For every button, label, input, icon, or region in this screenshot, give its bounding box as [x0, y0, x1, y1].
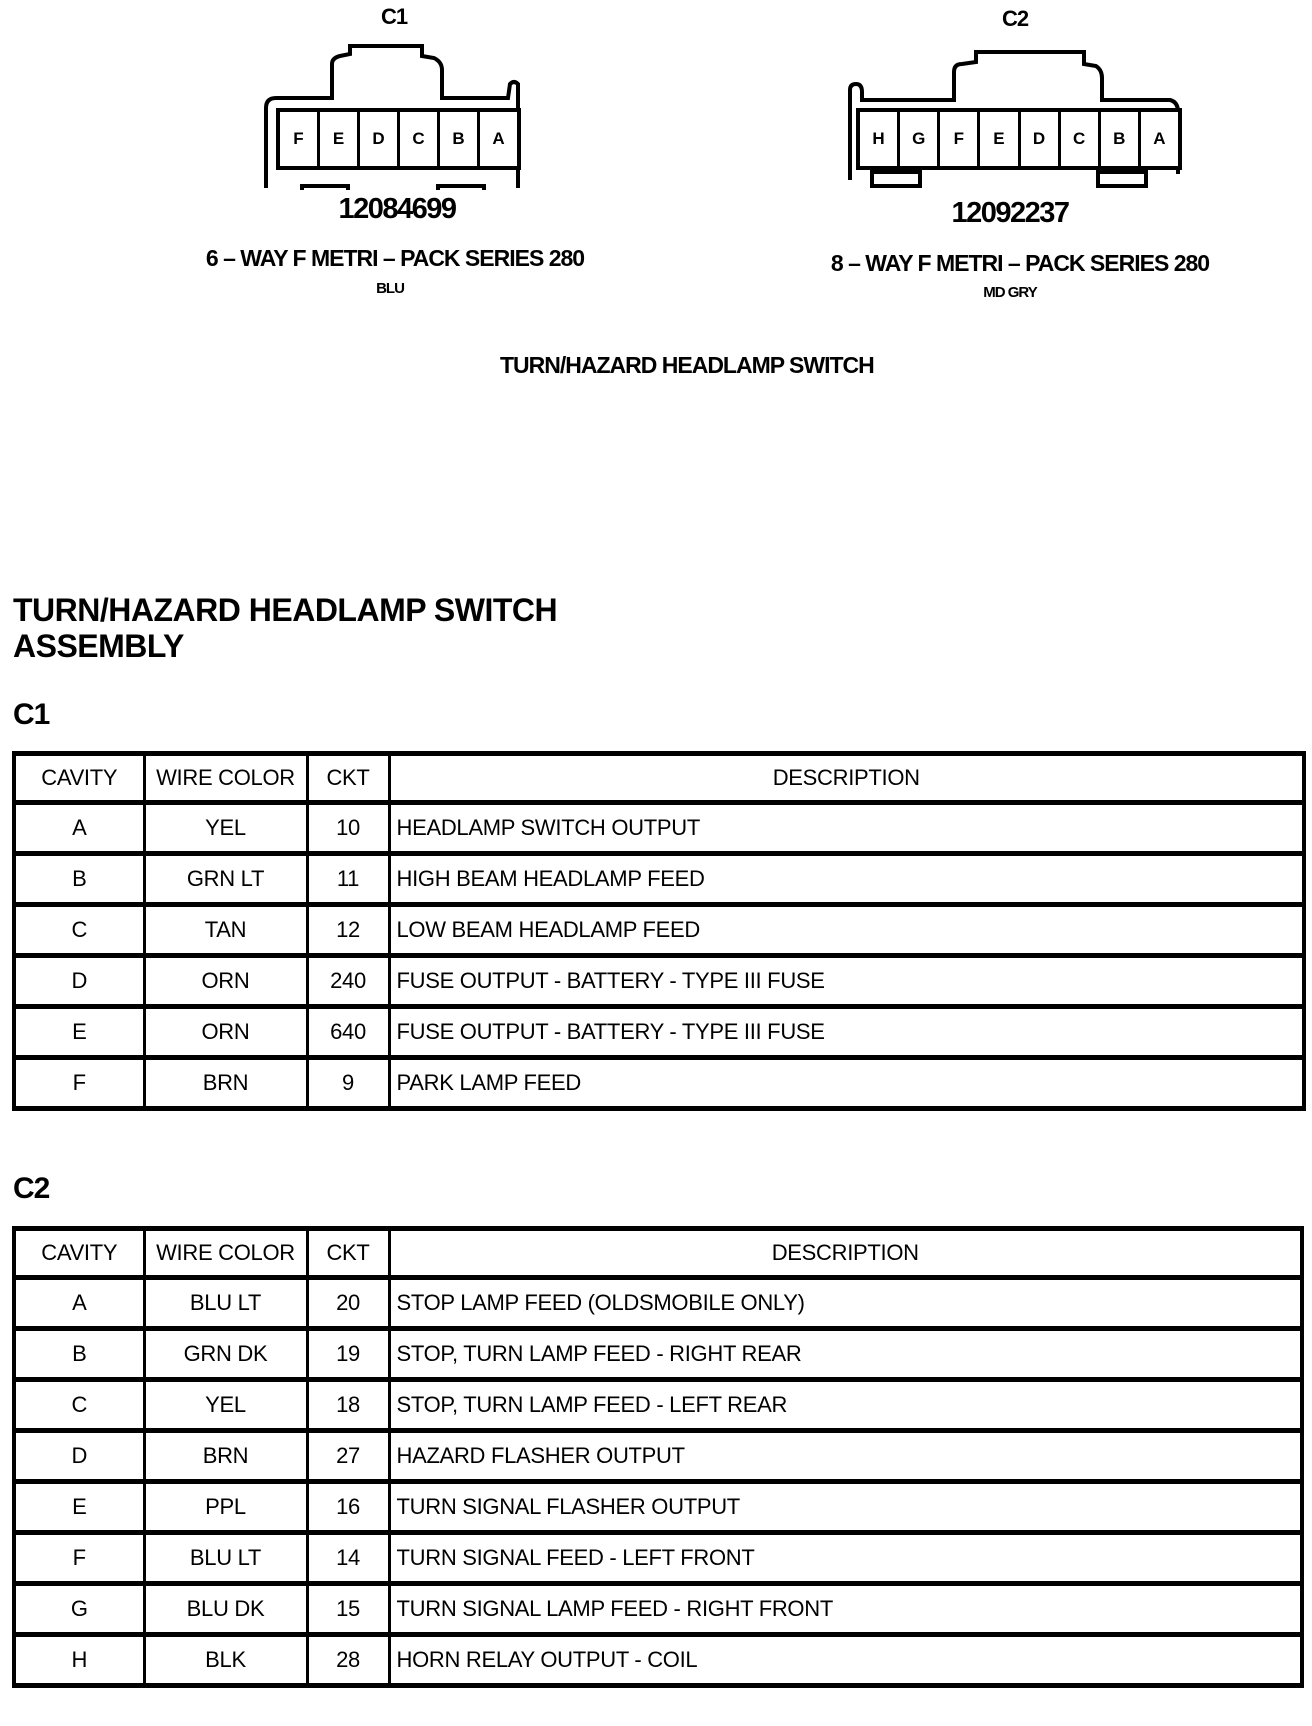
table-c1-label: C1: [13, 698, 49, 732]
connector-pin: C: [1061, 112, 1101, 166]
cell-ckt: 240: [307, 956, 389, 1007]
cell-wire-color: PPL: [144, 1482, 307, 1533]
diagram-caption: TURN/HAZARD HEADLAMP SWITCH: [500, 352, 874, 379]
section-title: TURN/HAZARD HEADLAMP SWITCH ASSEMBLY: [13, 592, 557, 664]
connector-pin: F: [940, 112, 980, 166]
cell-description: TURN SIGNAL FEED - LEFT FRONT: [389, 1533, 1302, 1584]
connector-pin: C: [400, 112, 440, 166]
connector-c2-part-number: 12092237: [870, 197, 1150, 230]
cell-wire-color: BLU LT: [144, 1278, 307, 1329]
cell-cavity: G: [14, 1584, 144, 1635]
cell-cavity: E: [14, 1482, 144, 1533]
connector-pin: A: [1141, 112, 1178, 166]
connector-pin: B: [440, 112, 480, 166]
header-cavity: CAVITY: [14, 1229, 144, 1278]
cell-description: STOP, TURN LAMP FEED - RIGHT REAR: [389, 1329, 1302, 1380]
connector-c2-pins: HGFEDCBA: [856, 108, 1182, 170]
cell-ckt: 15: [307, 1584, 389, 1635]
cell-ckt: 14: [307, 1533, 389, 1584]
connector-c2-description: 8 – WAY F METRI – PACK SERIES 280: [770, 250, 1270, 277]
table-row: DORN240FUSE OUTPUT - BATTERY - TYPE III …: [14, 956, 1304, 1007]
section-title-line1: TURN/HAZARD HEADLAMP SWITCH: [13, 592, 557, 628]
cell-cavity: A: [14, 1278, 144, 1329]
cell-description: LOW BEAM HEADLAMP FEED: [389, 905, 1304, 956]
connector-c1-description: 6 – WAY F METRI – PACK SERIES 280: [150, 245, 640, 272]
cell-wire-color: YEL: [144, 803, 307, 854]
cell-description: FUSE OUTPUT - BATTERY - TYPE III FUSE: [389, 1007, 1304, 1058]
table-c2-label: C2: [13, 1172, 49, 1206]
cell-description: STOP, TURN LAMP FEED - LEFT REAR: [389, 1380, 1302, 1431]
cell-wire-color: ORN: [144, 1007, 307, 1058]
cell-ckt: 27: [307, 1431, 389, 1482]
cell-ckt: 12: [307, 905, 389, 956]
connector-pin: G: [900, 112, 940, 166]
table-row: GBLU DK15TURN SIGNAL LAMP FEED - RIGHT F…: [14, 1584, 1302, 1635]
cell-ckt: 19: [307, 1329, 389, 1380]
cell-wire-color: BRN: [144, 1431, 307, 1482]
cell-description: PARK LAMP FEED: [389, 1058, 1304, 1109]
cell-wire-color: BLU LT: [144, 1533, 307, 1584]
cell-description: HIGH BEAM HEADLAMP FEED: [389, 854, 1304, 905]
header-wire-color: WIRE COLOR: [144, 1229, 307, 1278]
cell-cavity: B: [14, 854, 144, 905]
connector-pin: E: [980, 112, 1020, 166]
cell-ckt: 11: [307, 854, 389, 905]
cell-ckt: 20: [307, 1278, 389, 1329]
connector-c1-color: BLU: [340, 280, 440, 297]
cell-ckt: 9: [307, 1058, 389, 1109]
cell-cavity: C: [14, 905, 144, 956]
header-cavity: CAVITY: [14, 754, 144, 803]
section-title-line2: ASSEMBLY: [13, 628, 557, 664]
header-wire-color: WIRE COLOR: [144, 754, 307, 803]
connector-pin: H: [860, 112, 900, 166]
connector-c2-color: MD GRY: [950, 284, 1070, 301]
header-description: DESCRIPTION: [389, 1229, 1302, 1278]
table-row: HBLK28HORN RELAY OUTPUT - COIL: [14, 1635, 1302, 1686]
table-header-row: CAVITY WIRE COLOR CKT DESCRIPTION: [14, 1229, 1302, 1278]
cell-cavity: D: [14, 1431, 144, 1482]
connector-pin: E: [320, 112, 360, 166]
cell-ckt: 10: [307, 803, 389, 854]
cell-wire-color: BLU DK: [144, 1584, 307, 1635]
header-ckt: CKT: [307, 754, 389, 803]
connector-c1-part-number: 12084699: [262, 193, 532, 226]
cell-description: HORN RELAY OUTPUT - COIL: [389, 1635, 1302, 1686]
table-row: FBLU LT14TURN SIGNAL FEED - LEFT FRONT: [14, 1533, 1302, 1584]
cell-cavity: A: [14, 803, 144, 854]
header-ckt: CKT: [307, 1229, 389, 1278]
cell-wire-color: YEL: [144, 1380, 307, 1431]
cell-wire-color: GRN LT: [144, 854, 307, 905]
pinout-table-c1: CAVITY WIRE COLOR CKT DESCRIPTION AYEL10…: [12, 751, 1306, 1111]
cell-cavity: F: [14, 1058, 144, 1109]
cell-cavity: D: [14, 956, 144, 1007]
cell-ckt: 16: [307, 1482, 389, 1533]
table-row: ABLU LT20STOP LAMP FEED (OLDSMOBILE ONLY…: [14, 1278, 1302, 1329]
cell-wire-color: BRN: [144, 1058, 307, 1109]
table-row: BGRN DK19STOP, TURN LAMP FEED - RIGHT RE…: [14, 1329, 1302, 1380]
cell-ckt: 640: [307, 1007, 389, 1058]
cell-cavity: E: [14, 1007, 144, 1058]
cell-wire-color: ORN: [144, 956, 307, 1007]
cell-description: FUSE OUTPUT - BATTERY - TYPE III FUSE: [389, 956, 1304, 1007]
cell-description: HAZARD FLASHER OUTPUT: [389, 1431, 1302, 1482]
cell-cavity: C: [14, 1380, 144, 1431]
cell-wire-color: TAN: [144, 905, 307, 956]
table-row: BGRN LT11HIGH BEAM HEADLAMP FEED: [14, 854, 1304, 905]
cell-description: HEADLAMP SWITCH OUTPUT: [389, 803, 1304, 854]
connector-pin: A: [480, 112, 517, 166]
cell-wire-color: BLK: [144, 1635, 307, 1686]
cell-wire-color: GRN DK: [144, 1329, 307, 1380]
connector-c2-title: C2: [955, 6, 1075, 32]
table-row: FBRN9PARK LAMP FEED: [14, 1058, 1304, 1109]
pinout-table-c2: CAVITY WIRE COLOR CKT DESCRIPTION ABLU L…: [12, 1226, 1304, 1688]
cell-ckt: 28: [307, 1635, 389, 1686]
cell-ckt: 18: [307, 1380, 389, 1431]
cell-description: TURN SIGNAL LAMP FEED - RIGHT FRONT: [389, 1584, 1302, 1635]
cell-cavity: B: [14, 1329, 144, 1380]
cell-cavity: F: [14, 1533, 144, 1584]
connector-pin: B: [1101, 112, 1141, 166]
header-description: DESCRIPTION: [389, 754, 1304, 803]
connector-pin: D: [360, 112, 400, 166]
connector-c1-pins: FEDCBA: [276, 108, 521, 170]
table-row: AYEL10HEADLAMP SWITCH OUTPUT: [14, 803, 1304, 854]
table-row: CTAN12LOW BEAM HEADLAMP FEED: [14, 905, 1304, 956]
connector-c1-title: C1: [334, 4, 454, 30]
connector-pin: D: [1021, 112, 1061, 166]
table-row: CYEL18STOP, TURN LAMP FEED - LEFT REAR: [14, 1380, 1302, 1431]
cell-description: TURN SIGNAL FLASHER OUTPUT: [389, 1482, 1302, 1533]
cell-cavity: H: [14, 1635, 144, 1686]
connector-pin: F: [280, 112, 320, 166]
table-row: DBRN27HAZARD FLASHER OUTPUT: [14, 1431, 1302, 1482]
table-header-row: CAVITY WIRE COLOR CKT DESCRIPTION: [14, 754, 1304, 803]
cell-description: STOP LAMP FEED (OLDSMOBILE ONLY): [389, 1278, 1302, 1329]
table-row: EORN640FUSE OUTPUT - BATTERY - TYPE III …: [14, 1007, 1304, 1058]
table-row: EPPL16TURN SIGNAL FLASHER OUTPUT: [14, 1482, 1302, 1533]
